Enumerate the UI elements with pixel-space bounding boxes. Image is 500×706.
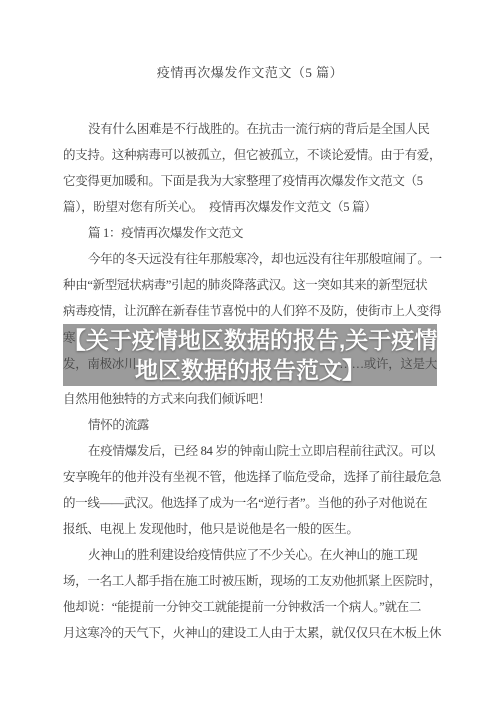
text-line: 的一线——武汉。他选择了成为一名“逆行者”。当他的孙子对他说在 bbox=[63, 490, 437, 516]
text-line: 他却说：“能提前一分钟交工就能提前一分钟救活一个病人。”就在二 bbox=[63, 594, 437, 620]
document-page: 疫情再次爆发作文范文（5 篇） 没有什么困难是不行战胜的。在抗击一流行病的背后是… bbox=[0, 0, 500, 706]
text-line: 篇 1：疫情再次爆发作文范文 bbox=[63, 220, 437, 246]
document-body: 没有什么困难是不行战胜的。在抗击一流行病的背后是全国人民的支持。这种病毒可以被孤… bbox=[63, 116, 437, 646]
text-line: 情怀的流露 bbox=[63, 412, 437, 438]
document-title: 疫情再次爆发作文范文（5 篇） bbox=[0, 62, 500, 81]
text-line: 病毒疫情，让沉醉在新春佳节喜悦中的人们猝不及防，使街市上人变得 bbox=[63, 298, 437, 324]
text-line: 种由“新型冠状病毒”引起的肺炎降落武汉。这一突如其来的新型冠状 bbox=[63, 272, 437, 298]
text-line: 篇），盼望对您有所关心。 疫情再次爆发作文范文（5 篇） bbox=[63, 194, 437, 220]
popup-banner: 寒 爆 发，南极冰川 ……或许，这是大 【关于疫情地区数据的报告,关于疫情 地区… bbox=[63, 324, 437, 386]
banner-headline: 【关于疫情地区数据的报告,关于疫情 地区数据的报告范文】 bbox=[63, 324, 437, 386]
text-line: 的支持。这种病毒可以被孤立，但它被孤立，不谈论爱情。由于有爱， bbox=[63, 142, 437, 168]
text-line: 没有什么困难是不行战胜的。在抗击一流行病的背后是全国人民 bbox=[63, 116, 437, 142]
text-line: 安享晚年的他并没有坐视不管，他选择了临危受命，选择了前往最危急 bbox=[63, 464, 437, 490]
text-line: 场，一名工人都手指在施工时被压断，现场的工友劝他抓紧上医院时， bbox=[63, 568, 437, 594]
text-line: 月这寒冷的天气下，火神山的建设工人由于太累，就仅仅只在木板上休 bbox=[63, 620, 437, 646]
paragraph-lines-before-overlay: 没有什么困难是不行战胜的。在抗击一流行病的背后是全国人民的支持。这种病毒可以被孤… bbox=[63, 116, 437, 324]
text-line: 在疫情爆发后，已经 84 岁的钟南山院士立即启程前往武汉。可以 bbox=[63, 438, 437, 464]
text-line: 它变得更加暖和。下面是我为大家整理了疫情再次爆发作文范文（5 bbox=[63, 168, 437, 194]
text-line: 火神山的胜利建设给疫情供应了不少关心。在火神山的施工现 bbox=[63, 542, 437, 568]
banner-headline-line-2: 地区数据的报告范文】 bbox=[135, 355, 365, 385]
text-line: 报纸、电视上 发现他时，他只是说他是名一般的医生。 bbox=[63, 516, 437, 542]
text-line: 自然用他独特的方式来向我们倾诉吧！ bbox=[63, 386, 437, 412]
banner-headline-line-1: 【关于疫情地区数据的报告,关于疫情 bbox=[63, 325, 437, 355]
text-line: 今年的冬天远没有往年那般寒冷，却也远没有往年那般喧闹了。一 bbox=[63, 246, 437, 272]
paragraph-lines-after-overlay: 自然用他独特的方式来向我们倾诉吧！情怀的流露在疫情爆发后，已经 84 岁的钟南山… bbox=[63, 386, 437, 646]
